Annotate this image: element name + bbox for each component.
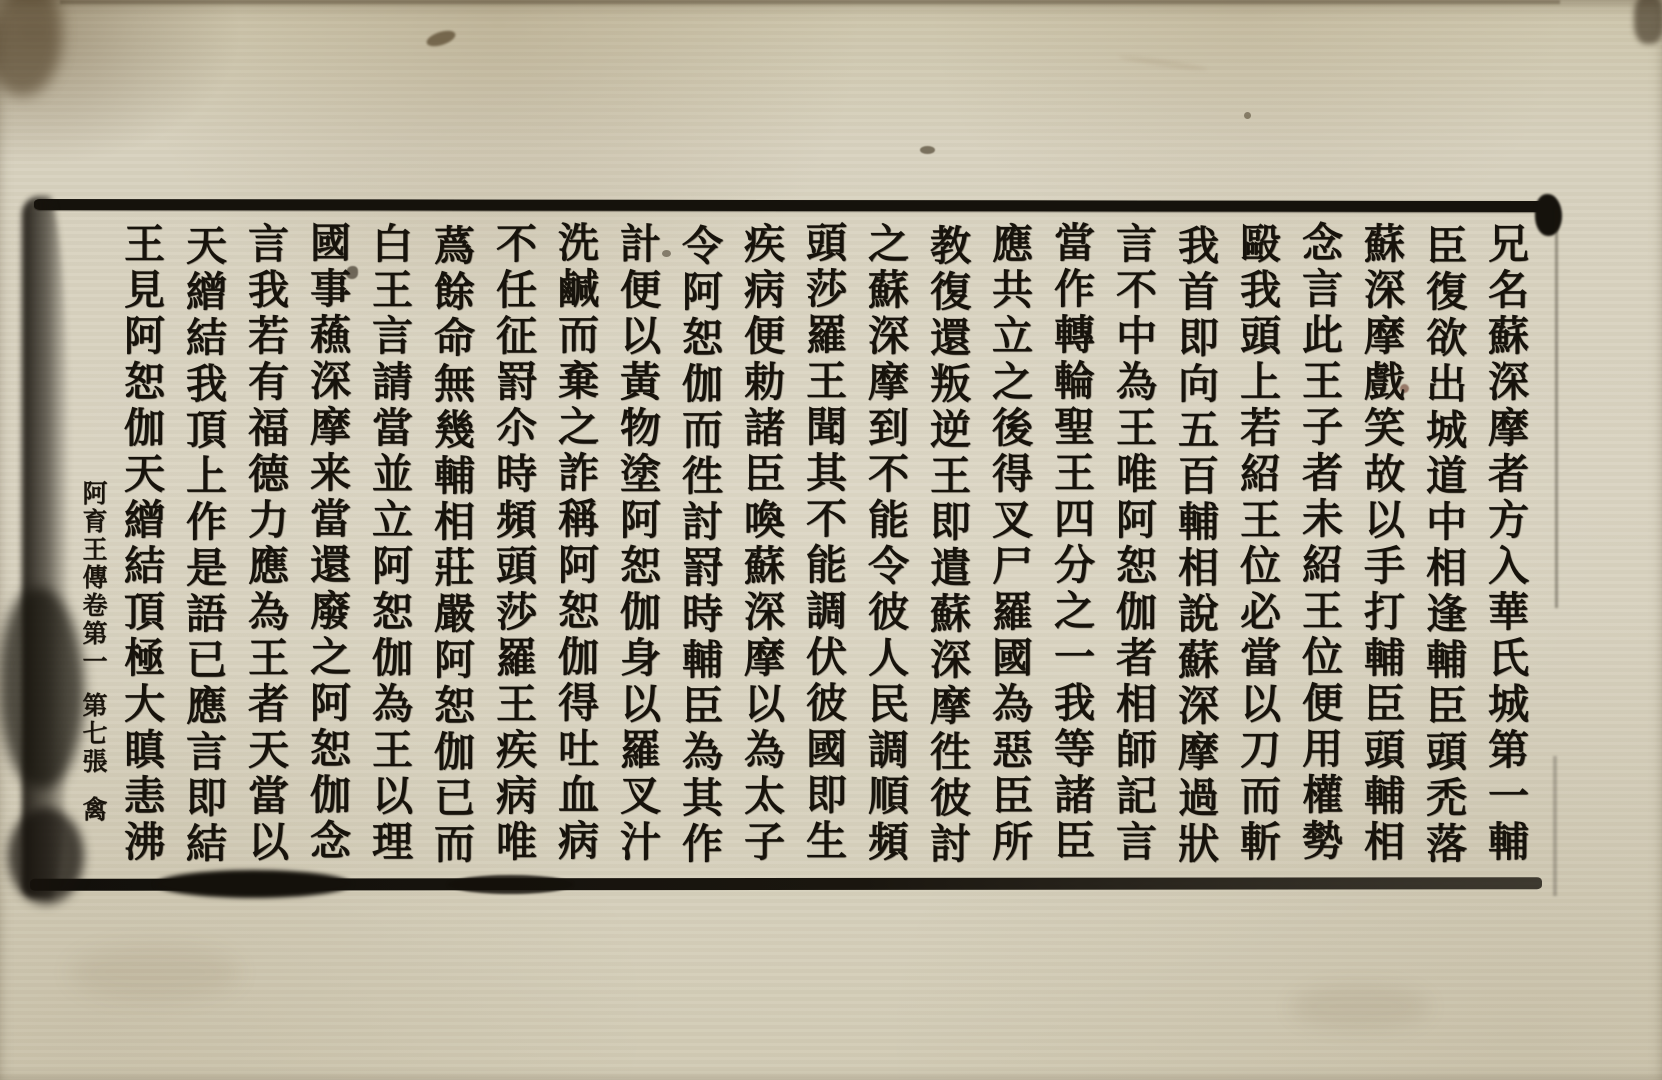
paper-stain [1290, 985, 1430, 1029]
text-columns: 兄名蘇深摩者方入華氏城第一輔臣復欲出城道中相逢輔臣頭禿落蘇深摩戲笑故以手打輔臣頭… [110, 222, 1536, 874]
ink-blot-left [0, 588, 84, 788]
block-border-right [1555, 208, 1558, 608]
ink-blot-bottom [448, 875, 573, 894]
text-column: 臣復欲出城道中相逢輔臣頭禿落 [1412, 224, 1474, 876]
paper-stain [920, 146, 935, 154]
text-column: 言我若有福德力應為王者天當以 [234, 222, 296, 874]
ink-blot-left-lower [8, 808, 84, 904]
text-column: 疾病便勅諸臣喚蘇深摩以為太子 [730, 222, 792, 874]
text-column: 洗鹹而棄之詐稱阿恕伽得吐血病 [544, 221, 606, 873]
colophon-column: 阿育王傳卷第一第七張禽 [78, 480, 108, 840]
text-column: 令阿恕伽而徃討罸時輔臣為其作 [668, 224, 730, 876]
text-column: 白王言請當並立阿恕伽為王以理 [358, 222, 420, 874]
text-column: 念言此王子者未紹王位便用權勢 [1288, 221, 1350, 873]
text-column: 天繒結我頂上作是語已應言即結 [172, 224, 234, 876]
printed-text-block: 兄名蘇深摩者方入華氏城第一輔臣復欲出城道中相逢輔臣頭禿落蘇深摩戲笑故以手打輔臣頭… [28, 196, 1558, 902]
paper-stain [1634, 0, 1662, 44]
text-column: 教復還叛逆王即遣蘇深摩徃彼討 [916, 224, 978, 876]
text-column: 計便以黃物塗阿恕伽身以羅叉汁 [606, 222, 668, 874]
text-column: 毆我頭上若紹王位必當以刀而斬 [1226, 222, 1288, 874]
text-column: 兄名蘇深摩者方入華氏城第一輔 [1474, 222, 1536, 874]
text-column: 蔿餘命無幾輔相莊嚴阿恕伽已而 [420, 224, 482, 876]
text-column: 當作轉輪聖王四分之一我等諸臣 [1040, 221, 1102, 873]
text-column: 言不中為王唯阿恕伽者相師記言 [1102, 222, 1164, 874]
paper-crease [1118, 54, 1208, 72]
text-column: 之蘇深摩到不能令彼人民調順頻 [854, 222, 916, 874]
colophon-case-mark: 禽 [79, 796, 108, 824]
text-column: 王見阿恕伽天繒結頂極大瞋恚沸 [110, 222, 172, 874]
paper-stain [1244, 112, 1251, 119]
text-column: 不任征罸尒時頻頭莎羅王疾病唯 [482, 222, 544, 874]
text-column: 頭莎羅王聞其不能調伏彼國即生 [792, 221, 854, 873]
ink-smudge-left-border [22, 196, 70, 898]
paper-stain [0, 0, 62, 96]
paper-stain [70, 945, 240, 1000]
text-column: 蘇深摩戲笑故以手打輔臣頭輔相 [1350, 222, 1412, 874]
paper-stain [425, 28, 458, 50]
paper-stain [60, 0, 1560, 4]
text-column: 應共立之後得叉尸羅國為惡臣所 [978, 222, 1040, 874]
text-column: 我首即向五百輔相說蘇深摩過狀 [1164, 224, 1226, 876]
paper-page: 兄名蘇深摩者方入華氏城第一輔臣復欲出城道中相逢輔臣頭禿落蘇深摩戲笑故以手打輔臣頭… [0, 0, 1662, 1080]
ink-mark-right-lower [1553, 756, 1557, 896]
colophon-title: 阿育王傳卷第一 [79, 480, 108, 676]
block-border-top [34, 199, 1556, 212]
text-column: 國事蘓深摩来當還廢之阿恕伽念 [296, 221, 358, 873]
colophon-sheet-number: 第七張 [79, 692, 108, 776]
